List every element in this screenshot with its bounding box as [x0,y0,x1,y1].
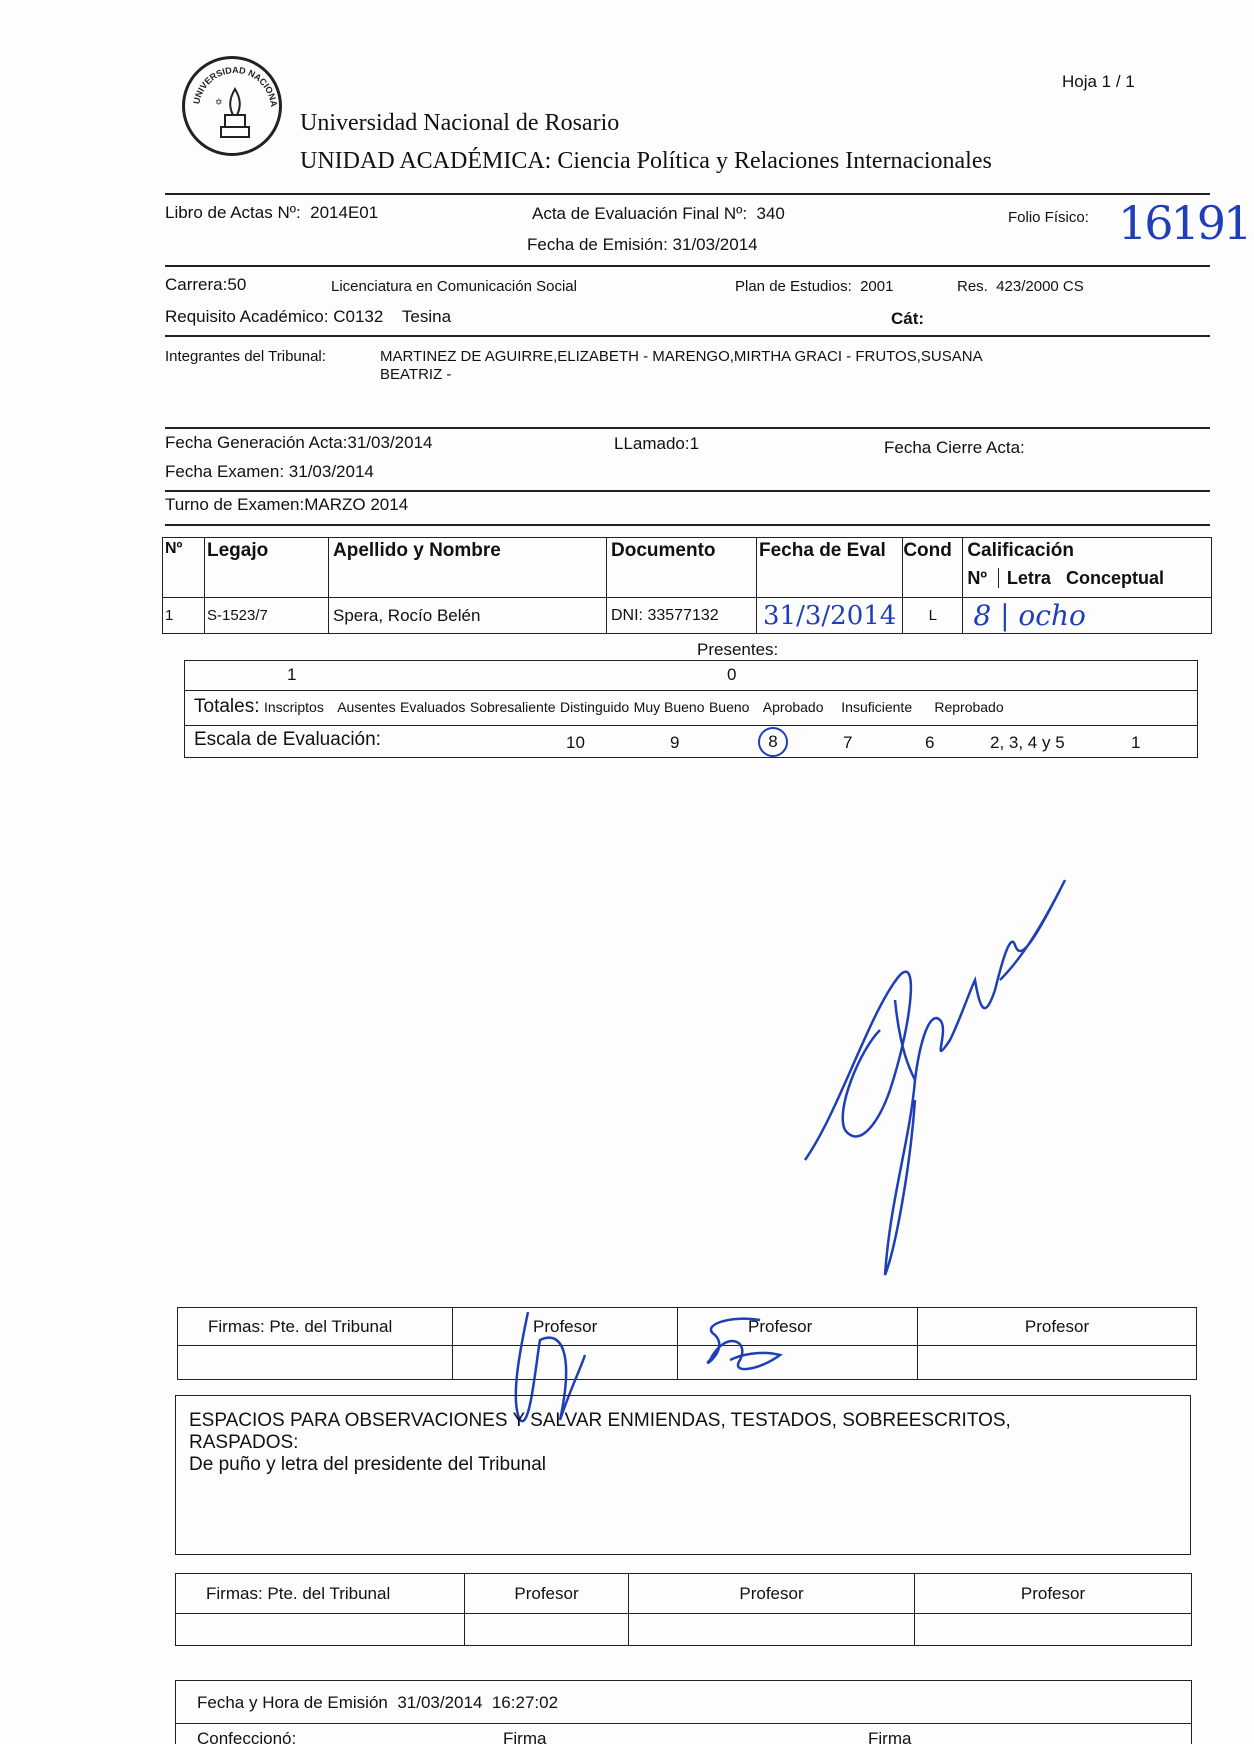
firma-label-1: Firma [503,1729,546,1744]
table-header-row: Nº Legajo Apellido y Nombre Documento Fe… [163,538,1212,598]
cat-label: Cát: [891,309,924,329]
resolucion: Res. 423/2000 CS [957,278,1084,295]
llamado: LLamado:1 [614,434,699,454]
sheet-number: Hoja 1 / 1 [1062,72,1135,92]
col-fecha-eval: Fecha de Eval [757,538,903,598]
table-row: 1 S-1523/7 Spera, Rocío Belén DNI: 33577… [163,598,1212,634]
turno-examen: Turno de Examen:MARZO 2014 [165,495,408,515]
totales-row: Totales: Inscriptos Ausentes Evaluados S… [194,696,1004,718]
tribunal-label: Integrantes del Tribunal: [165,348,326,365]
col-calificacion: Calificación Nº Letra Conceptual [963,538,1212,598]
calificacion-handwritten: 8 | ocho [963,598,1212,634]
svg-text:UNIVERSIDAD NACIONAL DE ROSARI: UNIVERSIDAD NACIONAL DE ROSARIO [185,59,279,108]
observaciones-box: ESPACIOS PARA OBSERVACIONES Y SALVAR ENM… [175,1395,1191,1555]
fecha-hora-emision: Fecha y Hora de Emisión 31/03/2014 16:27… [197,1693,558,1713]
observaciones-title-2: RASPADOS: [189,1432,298,1454]
col-legajo: Legajo [205,538,329,598]
acta-numero-value: 340 [757,204,785,223]
fecha-generacion: Fecha Generación Acta:31/03/2014 [165,433,432,453]
escala-label: Escala de Evaluación: [194,729,381,751]
plan-estudios: Plan de Estudios: 2001 [735,278,893,295]
calificacion-subheaders: Nº Letra Conceptual [967,568,1207,589]
circled-grade: 8 [758,727,788,757]
firmas-table-2: Firmas: Pte. del Tribunal Profesor Profe… [175,1573,1192,1646]
fecha-cierre-label: Fecha Cierre Acta: [884,438,1025,458]
footer-box: Fecha y Hora de Emisión 31/03/2014 16:27… [175,1680,1192,1744]
svg-text:✡: ✡ [215,97,223,107]
libro-actas-value: 2014E01 [310,203,378,222]
university-name: Universidad Nacional de Rosario [300,110,619,137]
fecha-emision-value: 31/03/2014 [673,235,758,254]
col-cond: Cond [903,538,963,598]
firma-profesor-3-cell [918,1346,1197,1380]
university-seal-logo: UNIVERSIDAD NACIONAL DE ROSARIO ✡ [182,56,282,156]
observaciones-text: De puño y letra del presidente del Tribu… [189,1454,546,1476]
col-nombre: Apellido y Nombre [329,538,607,598]
president-signature [800,870,1080,1290]
col-n: Nº [163,538,205,598]
requisito-academico: Requisito Académico: C0132 Tesina [165,307,451,327]
torch-icon: UNIVERSIDAD NACIONAL DE ROSARIO ✡ [185,59,285,159]
evaluation-table: Nº Legajo Apellido y Nombre Documento Fe… [162,537,1212,634]
confecciono-label: Confeccionó: [197,1729,296,1744]
carrera-name: Licenciatura en Comunicación Social [331,278,577,295]
inscriptos-count: 1 [287,665,296,685]
folio-handwritten: 16191 [1118,196,1249,250]
acta-numero: Acta de Evaluación Final Nº: 340 [532,204,785,224]
observaciones-title-1: ESPACIOS PARA OBSERVACIONES Y SALVAR ENM… [189,1410,1011,1432]
fecha-eval-handwritten: 31/3/2014 [757,598,903,634]
libro-actas: Libro de Actas Nº: 2014E01 [165,203,378,223]
presentes-label: Presentes: [697,640,778,660]
firma-label-2: Firma [868,1729,911,1744]
folio-label: Folio Físico: [1008,209,1089,226]
firma-presidente-cell [178,1346,453,1380]
tribunal-members-line2: BEATRIZ - [380,366,451,383]
fecha-emision: Fecha de Emisión: 31/03/2014 [527,235,758,255]
presentes-count: 0 [727,665,736,685]
academic-unit: UNIDAD ACADÉMICA: Ciencia Política y Rel… [300,148,992,175]
totales-box: 1 0 Totales: Inscriptos Ausentes Evaluad… [184,660,1198,758]
tribunal-members-line1: MARTINEZ DE AGUIRRE,ELIZABETH - MARENGO,… [380,348,983,365]
fecha-examen: Fecha Examen: 31/03/2014 [165,462,374,482]
carrera: Carrera:50 [165,275,246,295]
col-documento: Documento [607,538,757,598]
